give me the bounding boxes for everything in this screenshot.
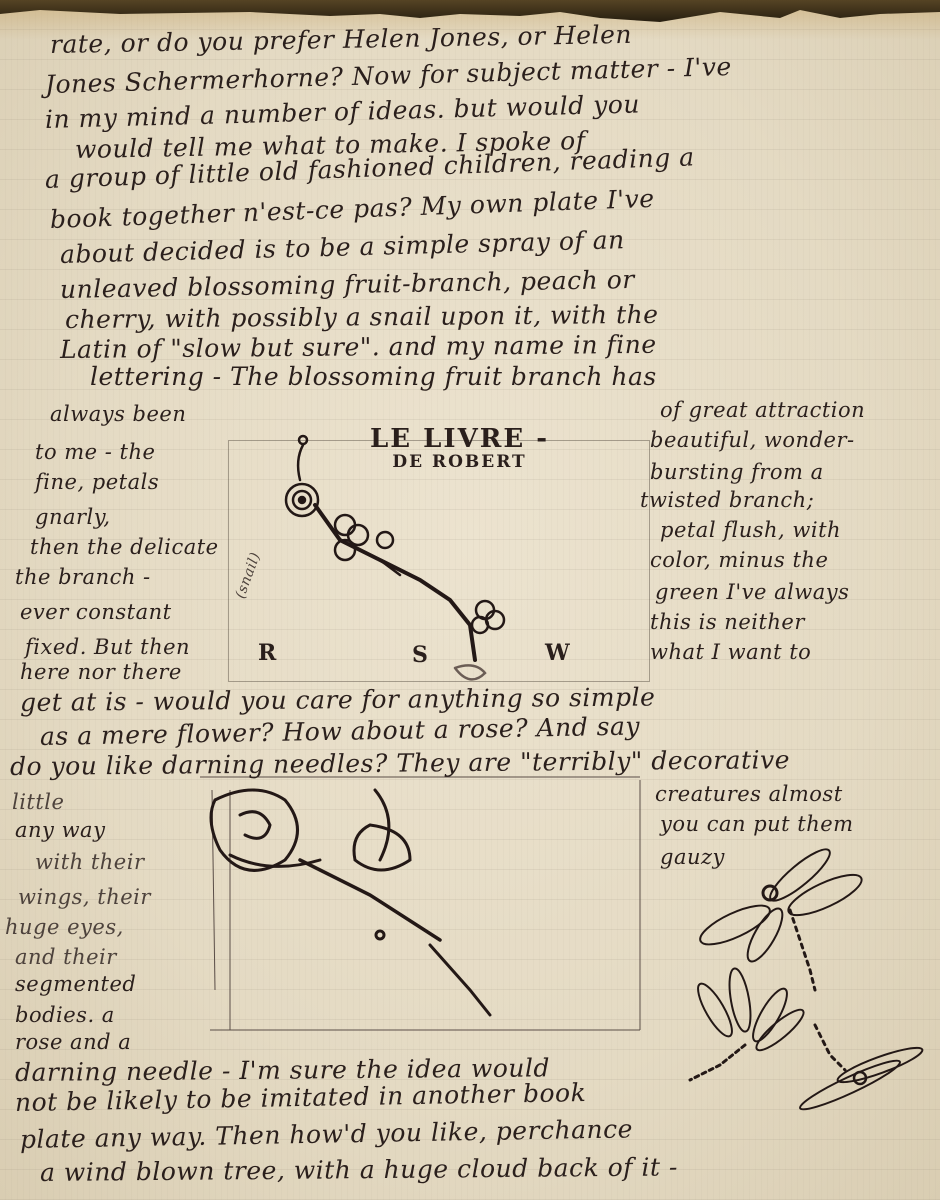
- text-line: a wind blown tree, with a huge cloud bac…: [40, 1152, 678, 1187]
- snail-branch-sketch-icon: [0, 0, 940, 1200]
- right-column-line: gauzy: [660, 845, 725, 869]
- left-column-line: bodies. a: [15, 1003, 115, 1027]
- left-column-line: wings, their: [18, 885, 151, 909]
- text-line: get at is - would you care for anything …: [20, 682, 656, 717]
- left-column-line: huge eyes,: [5, 915, 124, 939]
- left-column-line: segmented: [15, 972, 136, 996]
- left-column-line: little: [12, 790, 64, 814]
- left-column-line: rose and a: [15, 1030, 131, 1054]
- left-column-line: with their: [35, 850, 144, 874]
- right-column-line: creatures almost: [655, 782, 843, 806]
- right-column-line: you can put them: [660, 812, 854, 836]
- left-column-line: any way: [15, 818, 105, 842]
- left-column-line: and their: [15, 945, 117, 969]
